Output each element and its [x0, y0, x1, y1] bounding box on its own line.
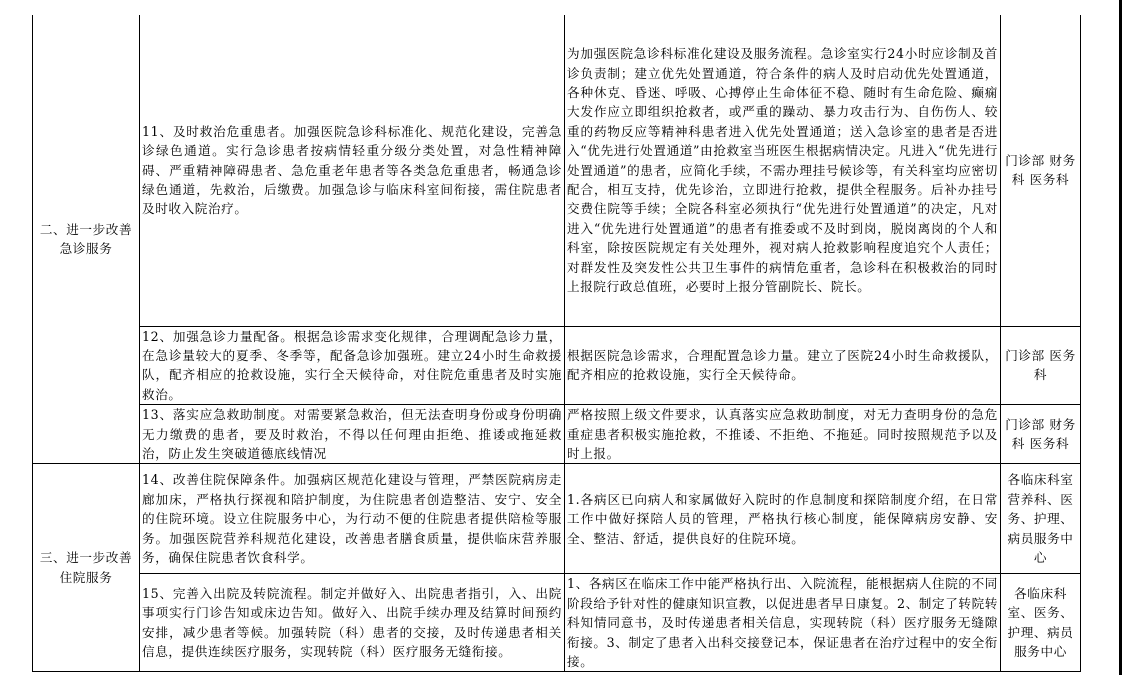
department-cell: 各临床科室营养科、医务、护理、病员服务中心 — [1001, 464, 1081, 574]
department-cell: 门诊部 财务科 医务科 — [1001, 15, 1081, 326]
category-cell: 二、进一步改善急诊服务 — [33, 15, 140, 464]
table-row: 二、进一步改善急诊服务 11、及时救治危重患者。加强医院急诊科标准化、规范化建设… — [33, 15, 1081, 326]
requirement-cell: 13、落实应急救助制度。对需要紧急救治，但无法查明身份或身份明确无力缴费的患者，… — [140, 405, 565, 464]
department-cell: 各临床科室、医务、护理、病员服务中心 — [1001, 574, 1081, 672]
table-row: 12、加强急诊力量配备。根据急诊需求变化规律，合理调配急诊力量，在急诊量较大的夏… — [33, 326, 1081, 405]
requirement-cell: 15、完善入出院及转院流程。制定并做好入、出院患者指引，入、出院事项实行门诊告知… — [140, 574, 565, 672]
implementation-cell: 根据医院急诊需求，合理配置急诊力量。建立了医院24小时生命救援队，配齐相应的抢救… — [565, 326, 1001, 405]
table-row: 三、进一步改善住院服务 14、改善住院保障条件。加强病区规范化建设与管理，严禁医… — [33, 464, 1081, 574]
category-cell: 三、进一步改善住院服务 — [33, 464, 140, 672]
table-row: 13、落实应急救助制度。对需要紧急救治，但无法查明身份或身份明确无力缴费的患者，… — [33, 405, 1081, 464]
implementation-cell: 为加强医院急诊科标准化建设及服务流程。急诊室实行24小时应诊制及首诊负责制；建立… — [565, 15, 1001, 326]
implementation-cell: 1.各病区已向病人和家属做好入院时的作息制度和探陪制度介绍，在日常工作中做好探陪… — [565, 464, 1001, 574]
service-improvement-table: 二、进一步改善急诊服务 11、及时救治危重患者。加强医院急诊科标准化、规范化建设… — [32, 15, 1081, 672]
department-cell: 门诊部 医务科 — [1001, 326, 1081, 405]
table-row: 15、完善入出院及转院流程。制定并做好入、出院患者指引，入、出院事项实行门诊告知… — [33, 574, 1081, 672]
requirement-cell: 12、加强急诊力量配备。根据急诊需求变化规律，合理调配急诊力量，在急诊量较大的夏… — [140, 326, 565, 405]
requirement-cell: 11、及时救治危重患者。加强医院急诊科标准化、规范化建设，完善急诊绿色通道。实行… — [140, 15, 565, 326]
requirement-cell: 14、改善住院保障条件。加强病区规范化建设与管理，严禁医院病房走廊加床，严格执行… — [140, 464, 565, 574]
implementation-cell: 1、各病区在临床工作中能严格执行出、入院流程，能根据病人住院的不同阶段给予针对性… — [565, 574, 1001, 672]
implementation-cell: 严格按照上级文件要求，认真落实应急救助制度，对无力查明身份的急危重症患者积极实施… — [565, 405, 1001, 464]
department-cell: 门诊部 财务科 医务科 — [1001, 405, 1081, 464]
